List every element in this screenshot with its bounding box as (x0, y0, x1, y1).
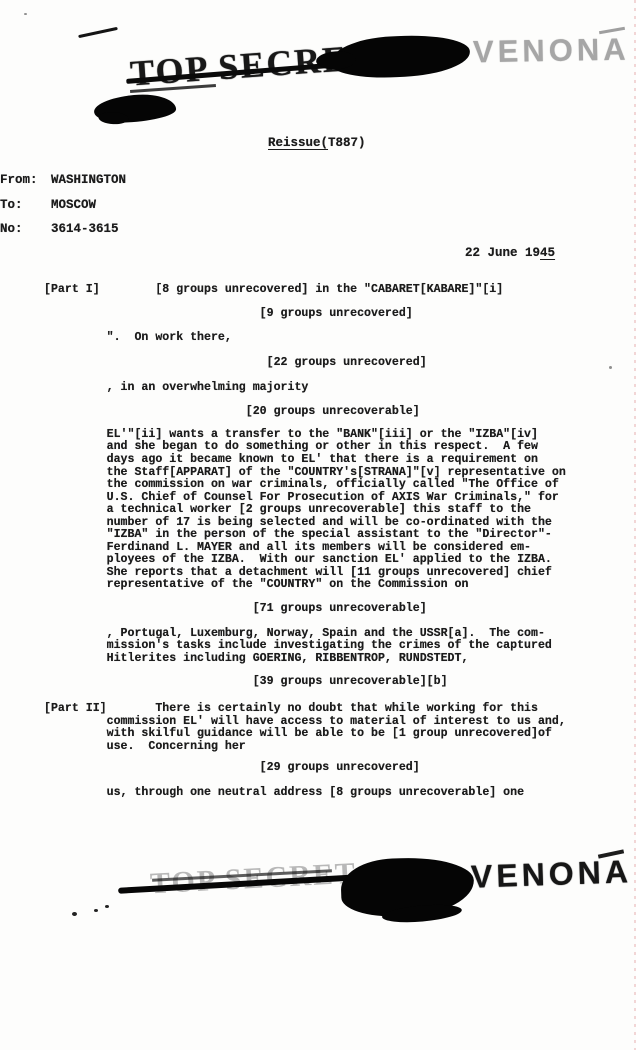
doc-line: use. Concerning her (44, 740, 246, 753)
doc-line: a technical worker [2 groups unrecoverab… (44, 503, 531, 516)
doc-line: Hitlerites including GOERING, RIBBENTROP… (44, 652, 468, 665)
venona-stamp-top: VENONA (473, 32, 630, 71)
to-label: To: (0, 198, 51, 212)
doc-line: us, through one neutral address [8 group… (44, 786, 524, 799)
doc-line: [71 groups unrecoverable] (44, 602, 427, 615)
doc-line: and she began to do something or other i… (44, 440, 538, 453)
doc-line: [Part II] There is certainly no doubt th… (44, 702, 538, 715)
doc-line: "IZBA" in the person of the special assi… (44, 528, 552, 541)
doc-line: [20 groups unrecoverable] (44, 405, 420, 418)
date: 22 June 1945 (465, 246, 555, 260)
doc-line: days ago it became known to EL' that the… (44, 453, 538, 466)
doc-line: [9 groups unrecovered] (44, 307, 413, 320)
doc-line: with skilful guidance will be able to be… (44, 727, 552, 740)
doc-line: [29 groups unrecovered] (44, 761, 420, 774)
no-label: No: (0, 222, 51, 236)
ink-speck (94, 909, 98, 912)
doc-line: [39 groups unrecoverable][b] (44, 675, 448, 688)
date-prefix: 22 June 19 (465, 246, 540, 260)
scan-speck (24, 13, 27, 15)
doc-line: the commission on war criminals, officia… (44, 478, 559, 491)
doc-line: [Part I] [8 groups unrecovered] in the "… (44, 283, 503, 296)
venona-stamp-bottom: VENONA (470, 853, 632, 896)
pen-mark (78, 27, 118, 38)
reissue-rest: T887) (328, 136, 366, 150)
ink-speck (72, 912, 77, 916)
document-page: TOP SECRET VENONA Reissue(T887) From:WAS… (0, 0, 636, 1050)
doc-line: , in an overwhelming majority (44, 381, 308, 394)
header-row-from: From:WASHINGTON (0, 173, 126, 187)
doc-line: ployees of the IZBA. With our sanction E… (44, 553, 552, 566)
from-label: From: (0, 173, 51, 187)
doc-line: representative of the "COUNTRY" on the C… (44, 578, 468, 591)
header-row-no: No:3614-3615 (0, 222, 119, 236)
header-row-to: To:MOSCOW (0, 198, 96, 212)
doc-line: [22 groups unrecovered] (44, 356, 427, 369)
to-value: MOSCOW (51, 198, 96, 212)
redaction-blob-bottom (340, 856, 475, 919)
scan-speck (609, 366, 612, 369)
from-value: WASHINGTON (51, 173, 126, 187)
date-underlined: 45 (540, 246, 555, 260)
ink-speck (105, 905, 109, 908)
no-value: 3614-3615 (51, 222, 119, 236)
redaction-blob-small (93, 93, 176, 124)
doc-line: ". On work there, (44, 331, 232, 344)
doc-line: mission's tasks include investigating th… (44, 639, 552, 652)
reissue-title: Reissue(T887) (268, 136, 366, 150)
reissue-underlined: Reissue( (268, 136, 328, 150)
